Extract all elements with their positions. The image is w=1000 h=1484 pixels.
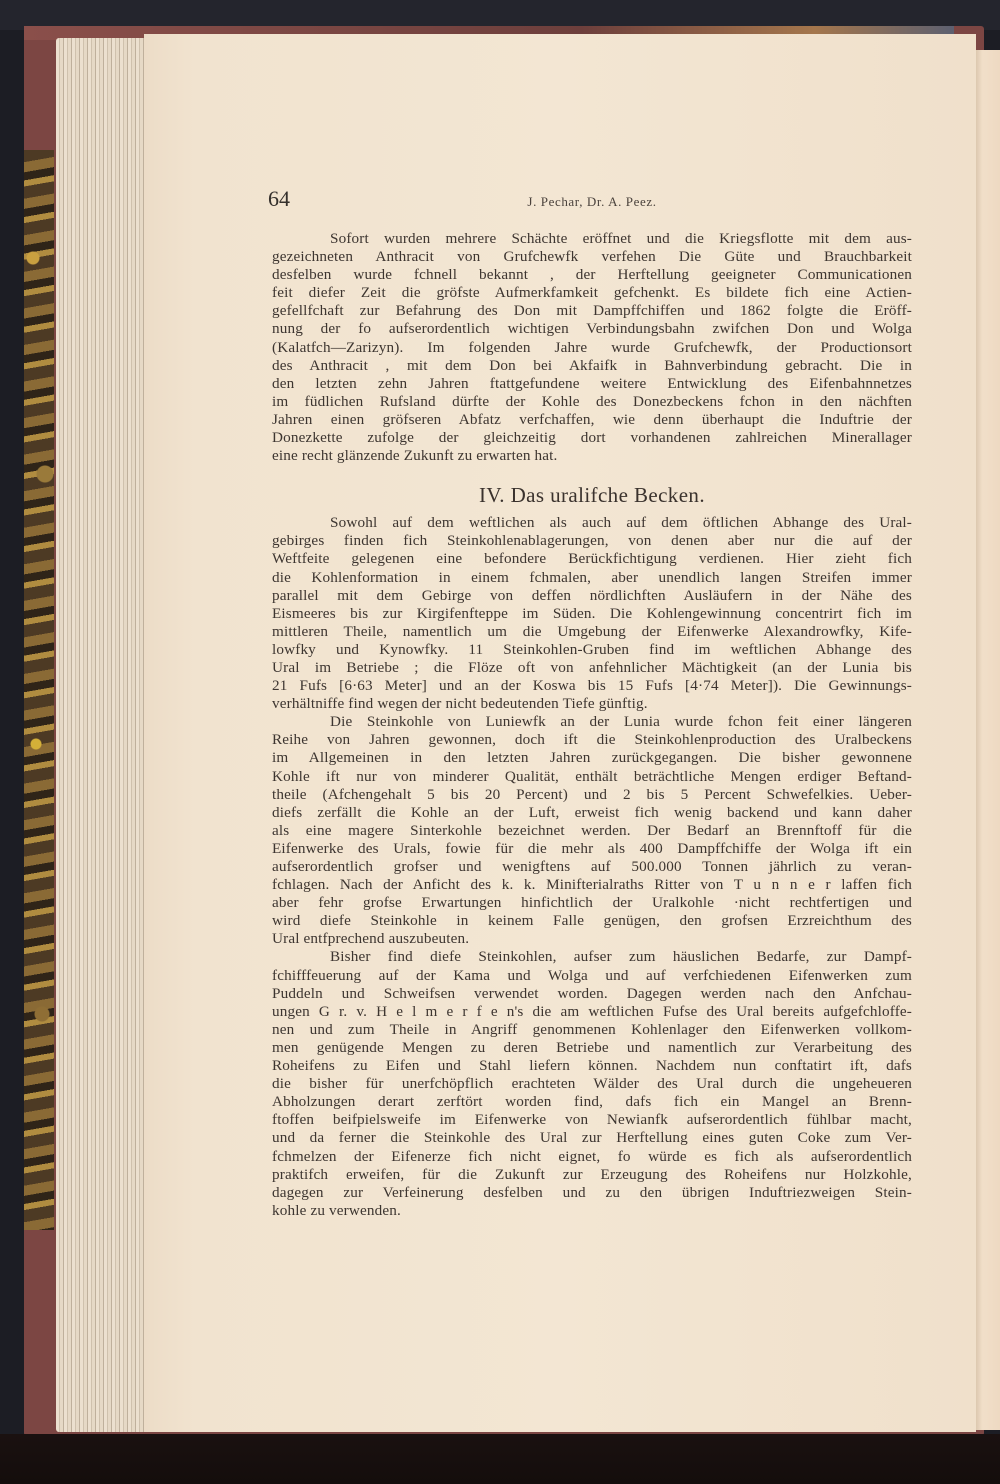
text-line: Abholzungen derart zerftört worden find,… [272, 1093, 912, 1111]
text-line: als eine magere Sinterkohle bezeichnet w… [272, 822, 912, 840]
text-line: Die Steinkohle von Luniewfk an der Lunia… [272, 713, 912, 731]
marbled-page-edge [24, 150, 54, 1230]
text-line: parallel mit dem Gebirge von deffen nörd… [272, 587, 912, 605]
text-line: eine recht glänzende Zukunft zu erwarten… [272, 447, 912, 465]
page-content: 64 J. Pechar, Dr. A. Peez. Sofort wurden… [272, 186, 912, 1220]
running-head: 64 J. Pechar, Dr. A. Peez. [272, 186, 912, 216]
text-line: gebirges finden fich Steinkohlenablageru… [272, 532, 912, 550]
text-line: Sowohl auf dem weftlichen als auch auf d… [272, 514, 912, 532]
text-line: ungen G r. v. H e l m e r f e n's die am… [272, 1003, 912, 1021]
text-line: und da ferner die Steinkohle des Ural zu… [272, 1129, 912, 1147]
text-line: des Anthracit , mit dem Don bei Akfaifk … [272, 357, 912, 375]
text-line: nung der fo aufserordentlich wichtigen V… [272, 320, 912, 338]
text-line: nen und zum Theile in Angriff genommenen… [272, 1021, 912, 1039]
paragraph-1: Sofort wurden mehrere Schächte eröffnet … [272, 230, 912, 465]
text-line: fchifffeuerung auf der Kama und Wolga un… [272, 967, 912, 985]
paragraph-3: Die Steinkohle von Luniewfk an der Lunia… [272, 713, 912, 948]
text-line: aber fehr grofse Erwartungen hinfichtlic… [272, 894, 912, 912]
background-bottom [0, 1434, 1000, 1484]
text-line: gezeichneten Anthracit von Grufchewfk ve… [272, 248, 912, 266]
text-line: die bisher für unerfchöpflich erachteten… [272, 1075, 912, 1093]
text-line: gefellfchaft zur Befahrung des Don mit D… [272, 302, 912, 320]
text-line: Roheifens zu Eifen und Stahl liefern kön… [272, 1057, 912, 1075]
text-line: lowfky und Kynowfky. 11 Steinkohlen-Grub… [272, 641, 912, 659]
text-line: wird diefe Steinkohle in keinem Falle ge… [272, 912, 912, 930]
text-line: den letzten zehn Jahren ftattgefundene w… [272, 375, 912, 393]
text-line: Eismeeres bis zur Kirgifenfteppe im Süde… [272, 605, 912, 623]
next-page-leaf [975, 50, 1000, 1430]
paragraph-2: Sowohl auf dem weftlichen als auch auf d… [272, 514, 912, 713]
text-line: Reihe von Jahren gewonnen, doch ift die … [272, 731, 912, 749]
text-line: Weftfeite gelegenen eine befondere Berüc… [272, 550, 912, 568]
text-line: (Kalatfch—Zarizyn). Im folgenden Jahre w… [272, 339, 912, 357]
text-line: im Allgemeinen in den letzten Jahren zur… [272, 749, 912, 767]
text-line: Kohle ift nur von minderer Qualität, ent… [272, 768, 912, 786]
author-heading: J. Pechar, Dr. A. Peez. [272, 194, 912, 210]
text-line: ftoffen beifpielsweife im Eifenwerke von… [272, 1111, 912, 1129]
text-line: Jahren einen gröfseren Abfatz verfchaffe… [272, 411, 912, 429]
text-line: Bisher find diefe Steinkohlen, aufser zu… [272, 948, 912, 966]
text-line: diefs zerfällt die Kohle an der Luft, er… [272, 804, 912, 822]
text-line: kohle zu verwenden. [272, 1202, 912, 1220]
text-line: Ural entfprechend auszubeuten. [272, 930, 912, 948]
text-line: dagegen zur Verfeinerung desfelben und z… [272, 1184, 912, 1202]
text-line: die Kohlenformation in einem fchmalen, a… [272, 569, 912, 587]
text-line: im füdlichen Rufsland dürfte der Kohle d… [272, 393, 912, 411]
text-line: Sofort wurden mehrere Schächte eröffnet … [272, 230, 912, 248]
page-stack-edge [56, 38, 146, 1432]
section-title: IV. Das uralifche Becken. [272, 483, 912, 508]
text-line: Ural im Betriebe ; die Flöze oft von anf… [272, 659, 912, 677]
text-line: theile (Afchengehalt 5 bis 20 Percent) u… [272, 786, 912, 804]
text-line: desfelben wurde fchnell bekannt , der He… [272, 266, 912, 284]
text-line: Donezkette zufolge der gleichzeitig dort… [272, 429, 912, 447]
text-line: men genügende Mengen zu deren Betriebe u… [272, 1039, 912, 1057]
text-line: verhältniffe find wegen der nicht bedeut… [272, 695, 912, 713]
text-line: feit diefer Zeit die gröfste Aufmerkfamk… [272, 284, 912, 302]
text-line: 21 Fufs [6·63 Meter] und an der Koswa bi… [272, 677, 912, 695]
text-line: aufserordentlich grofser und wenigftens … [272, 858, 912, 876]
text-line: Puddeln und Schweifsen verwendet worden.… [272, 985, 912, 1003]
paragraph-4: Bisher find diefe Steinkohlen, aufser zu… [272, 948, 912, 1219]
text-line: Eifenwerke des Urals, fowie für die mehr… [272, 840, 912, 858]
text-line: praktifch erweifen, für die Zukunft zur … [272, 1166, 912, 1184]
text-line: fchmelzen der Eifenerze fich nicht eigne… [272, 1148, 912, 1166]
text-line: fchlagen. Nach der Anficht des k. k. Min… [272, 876, 912, 894]
text-line: mittleren Theile, namentlich um die Umge… [272, 623, 912, 641]
